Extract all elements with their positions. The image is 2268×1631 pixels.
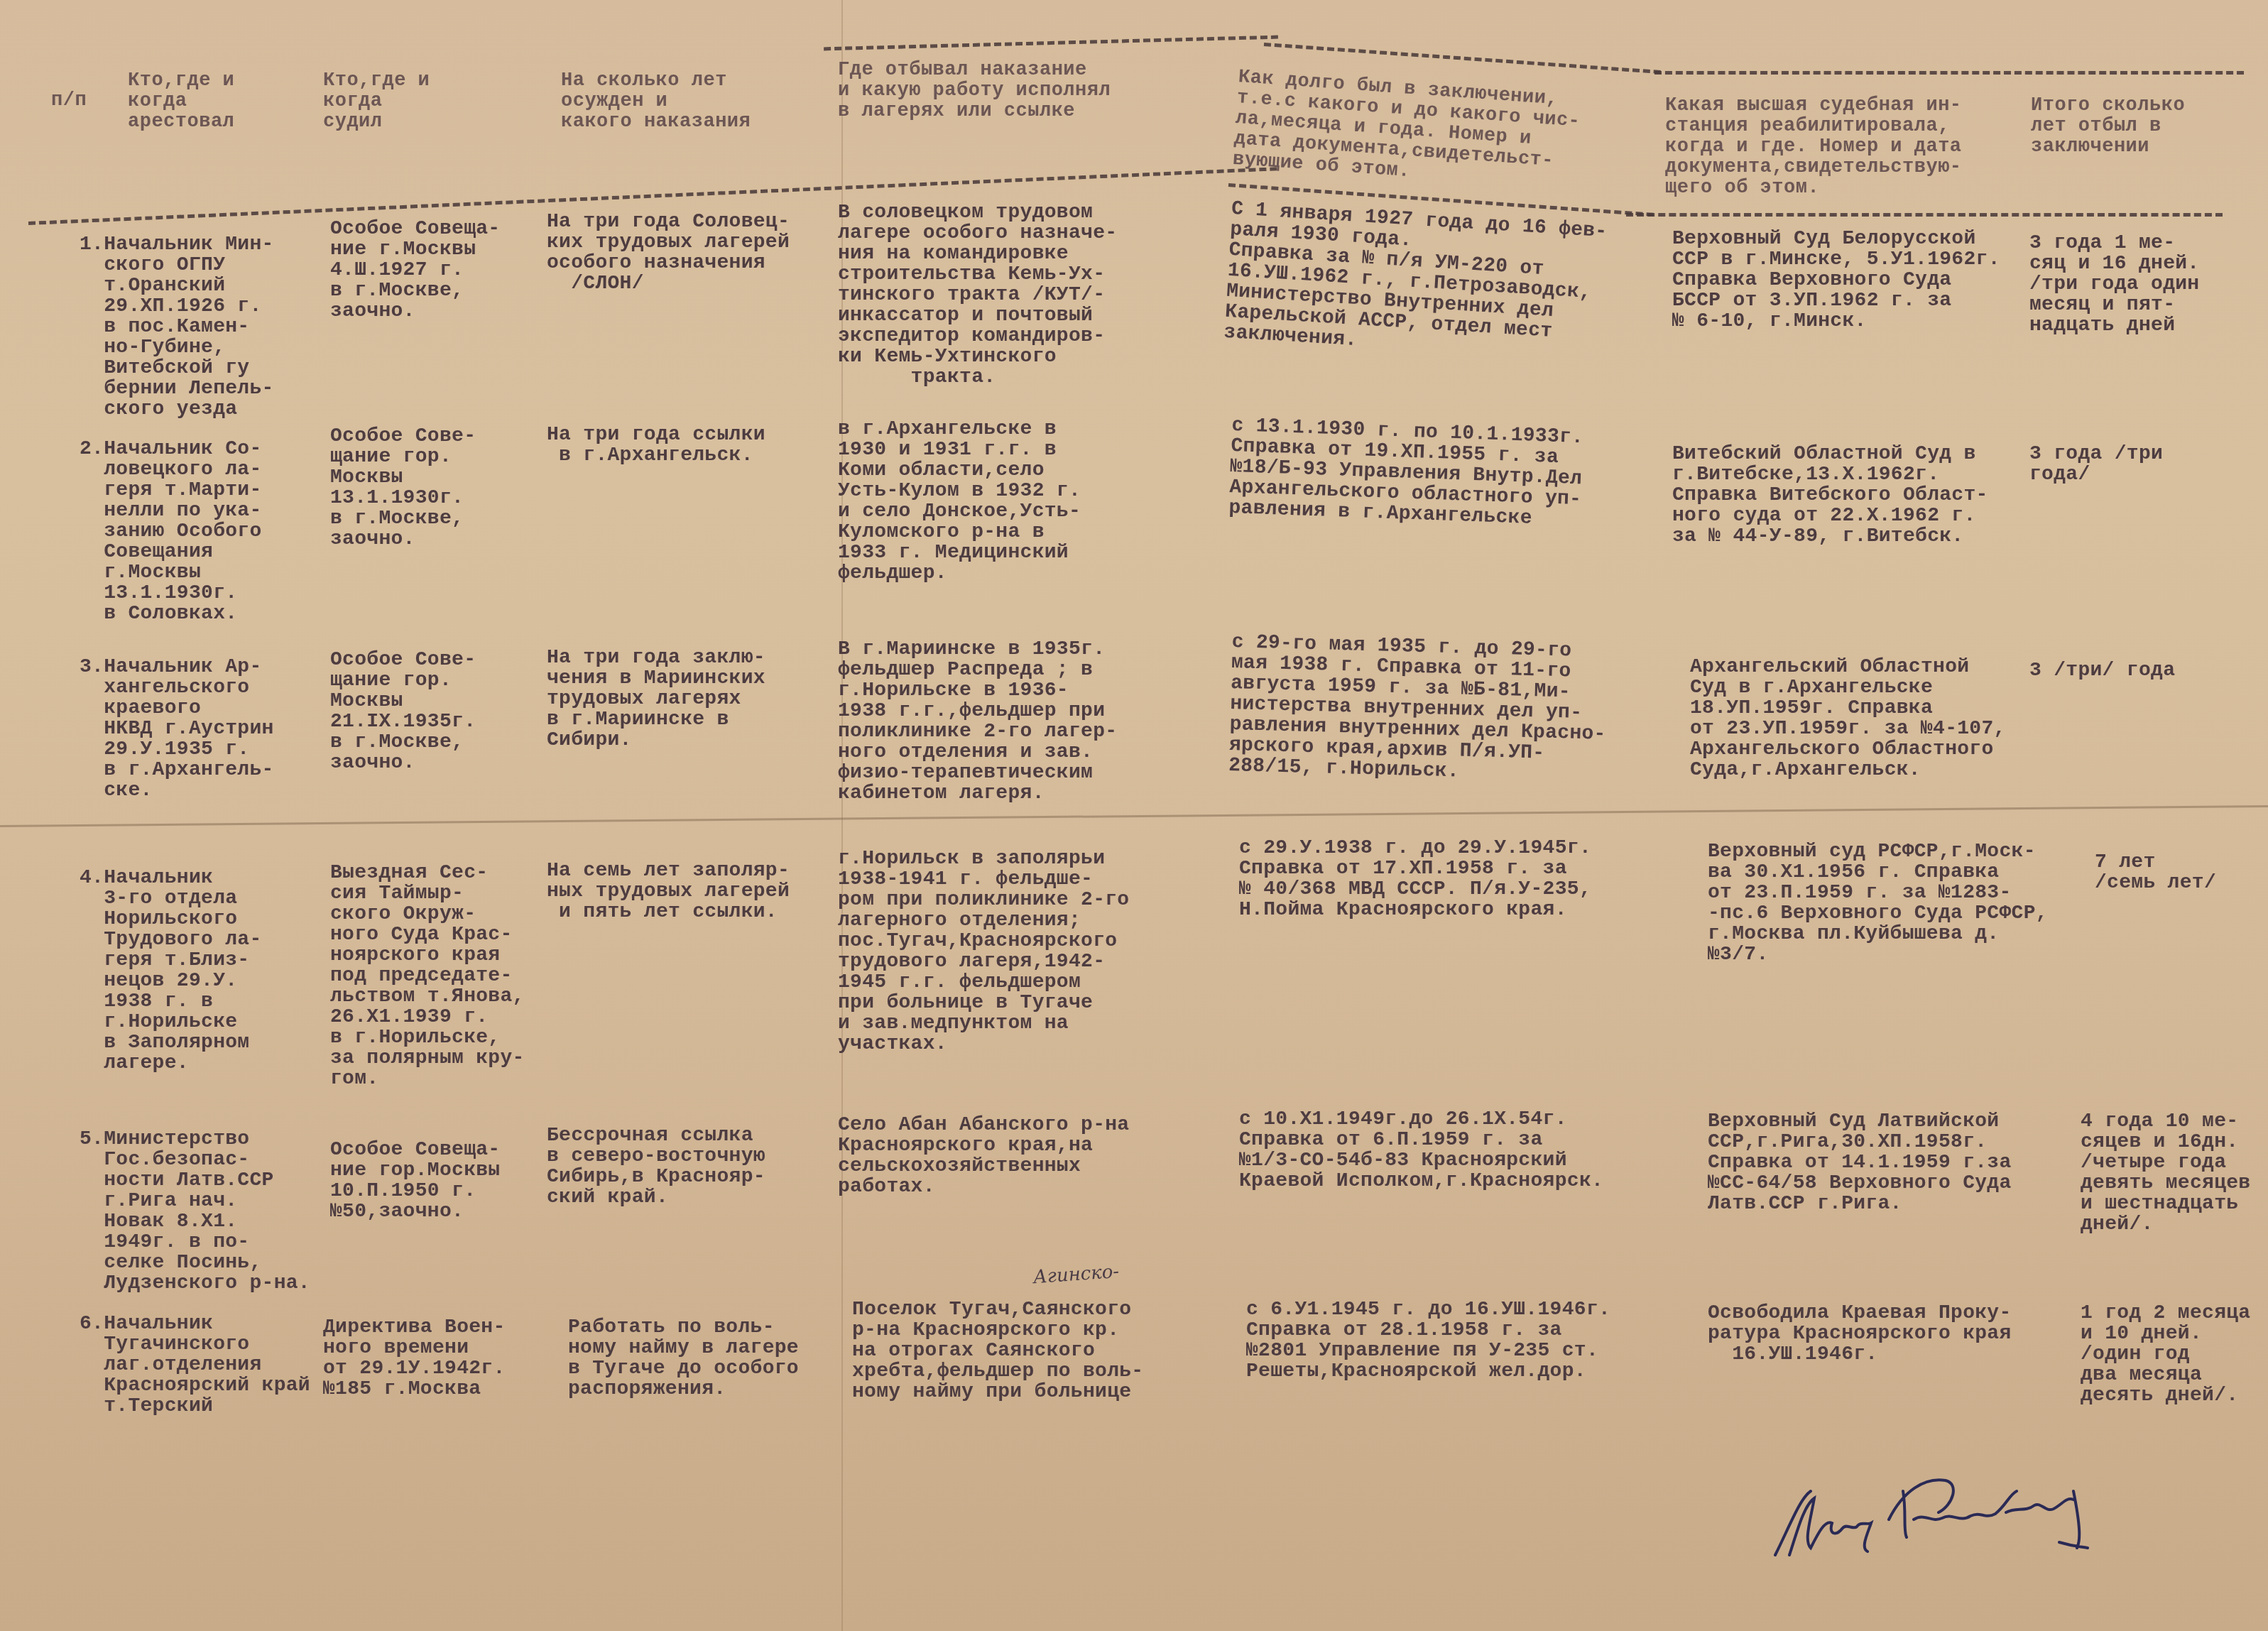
row6-served-where: Поселок Тугач,Саянского р-на Красноярско… xyxy=(852,1299,1143,1402)
row3-duration: с 29-го мая 1935 г. до 29-го мая 1938 г.… xyxy=(1228,632,1608,786)
row1-served-where: В соловецком трудовом лагере особого наз… xyxy=(838,202,1117,388)
row2-served-where: в г.Архангельске в 1930 и 1931 г.г. в Ко… xyxy=(838,419,1081,584)
row5-rehabilitated: Верховный Суд Латвийской ССР,г.Рига,30.Х… xyxy=(1708,1111,2012,1214)
header-top-rule-3 xyxy=(1654,71,2244,75)
document-sheet: п/п Кто,где и когда арестовал Кто,где и … xyxy=(0,0,2268,1631)
row3-tried: Особое Сове- щание гор. Москвы 21.IX.193… xyxy=(330,650,476,773)
row5-total: 4 года 10 ме- сяцев и 16дн. /четыре года… xyxy=(2081,1111,2250,1235)
row4-tried: Выездная Сес- сия Таймыр- ского Окруж- н… xyxy=(330,863,525,1089)
row4-sentence: На семь лет заполяр- ных трудовых лагере… xyxy=(547,861,790,922)
row4-duration: с 29.У.1938 г. до 29.У.1945г. Справка от… xyxy=(1239,838,1591,920)
row5-served-where: Село Абан Абанского р-на Красноярского к… xyxy=(838,1115,1129,1197)
row5-duration: с 10.Х1.1949г.до 26.1Х.54г. Справка от 6… xyxy=(1239,1109,1603,1191)
row1-rehabilitated: Верховный Суд Белорусской ССР в г.Минске… xyxy=(1672,229,2000,332)
row2-duration: с 13.1.1930 г. по 10.1.1933г. Справка от… xyxy=(1228,415,1584,530)
row2-sentence: На три года ссылки в г.Архангельск. xyxy=(547,425,765,466)
header-col-tried: Кто,где и когда судил xyxy=(323,71,430,133)
row1-sentence: На три года Соловец- ких трудовых лагере… xyxy=(547,212,790,294)
row5-tried: Особое Совеща- ние гор.Москвы 10.П.1950 … xyxy=(330,1140,500,1222)
row3-total: 3 /три/ года xyxy=(2029,660,2175,681)
row2-rehabilitated: Витебский Областной Суд в г.Витебске,13.… xyxy=(1672,444,1988,547)
row3-rehabilitated: Архангельский Областной Суд в г.Архангел… xyxy=(1690,657,2006,780)
header-col-arrested: Кто,где и когда арестовал xyxy=(128,71,234,133)
header-col-total: Итого сколько лет отбыл в заключении xyxy=(2031,96,2185,158)
header-col-rehabilitated: Какая высшая судебная ин- станция реабил… xyxy=(1665,96,1962,199)
row6-sentence: Работать по воль- ному найму в лагере в … xyxy=(568,1317,799,1400)
row3-served-where: В г.Мариинске в 1935г. фельдшер Распреда… xyxy=(838,639,1117,804)
signature-icon xyxy=(1761,1463,2215,1569)
header-col-number: п/п xyxy=(51,91,87,111)
row3-sentence: На три года заклю- чения в Мариинских тр… xyxy=(547,648,765,751)
row2-tried: Особое Сове- щание гор. Москвы 13.1.1930… xyxy=(330,426,476,550)
row2-total: 3 года /три года/ xyxy=(2029,444,2163,485)
handwritten-correction: Агинско- xyxy=(1032,1261,1120,1288)
row1-total: 3 года 1 ме- сяц и 16 дней. /три года од… xyxy=(2029,233,2199,336)
row1-tried: Особое Совеща- ние г.Москвы 4.Ш.1927 г. … xyxy=(330,219,500,322)
row6-arrested: 6.Начальник Тугачинского лаг.отделения К… xyxy=(80,1314,310,1417)
row6-duration: с 6.У1.1945 г. до 16.УШ.1946г. Справка о… xyxy=(1246,1299,1610,1382)
header-top-rule-2 xyxy=(1264,43,1661,74)
row5-sentence: Бессрочная ссылка в северо-восточную Сиб… xyxy=(547,1125,765,1208)
header-bottom-rule-3 xyxy=(1626,213,2223,217)
header-top-rule xyxy=(824,36,1278,51)
header-col-sentence: На сколько лет осужден и какого наказани… xyxy=(561,71,751,133)
header-col-duration: Как долго был в заключении, т.е.с какого… xyxy=(1232,67,1582,194)
row4-total: 7 лет /семь лет/ xyxy=(2095,852,2216,893)
paper-fold-horizontal xyxy=(0,805,2268,827)
row2-arrested: 2.Начальник Со- ловецкого ла- геря т.Мар… xyxy=(80,439,262,624)
header-col-served-where: Где отбывал наказание и какую работу исп… xyxy=(838,60,1111,122)
row6-rehabilitated: Освободила Краевая Проку- ратура Красноя… xyxy=(1708,1303,2012,1365)
row3-arrested: 3.Начальник Ар- хангельского краевого НК… xyxy=(80,657,274,801)
row4-served-where: г.Норильск в заполярьи 1938-1941 г. фель… xyxy=(838,849,1129,1054)
row4-rehabilitated: Верховный суд РСФСР,г.Моск- ва 30.Х1.195… xyxy=(1708,841,2048,965)
row5-arrested: 5.Министерство Гос.безопас- ности Латв.С… xyxy=(80,1129,310,1294)
row6-total: 1 год 2 месяца и 10 дней. /один год два … xyxy=(2081,1303,2250,1406)
row4-arrested: 4.Начальник 3-го отдела Норильского Труд… xyxy=(80,868,262,1074)
row1-duration: С 1 января 1927 года до 16 фев- раля 193… xyxy=(1223,199,1608,366)
row1-arrested: 1.Начальник Мин- ского ОГПУ т.Оранский 2… xyxy=(80,234,274,420)
row6-tried: Директива Воен- ного времени от 29.1У.19… xyxy=(323,1317,506,1400)
